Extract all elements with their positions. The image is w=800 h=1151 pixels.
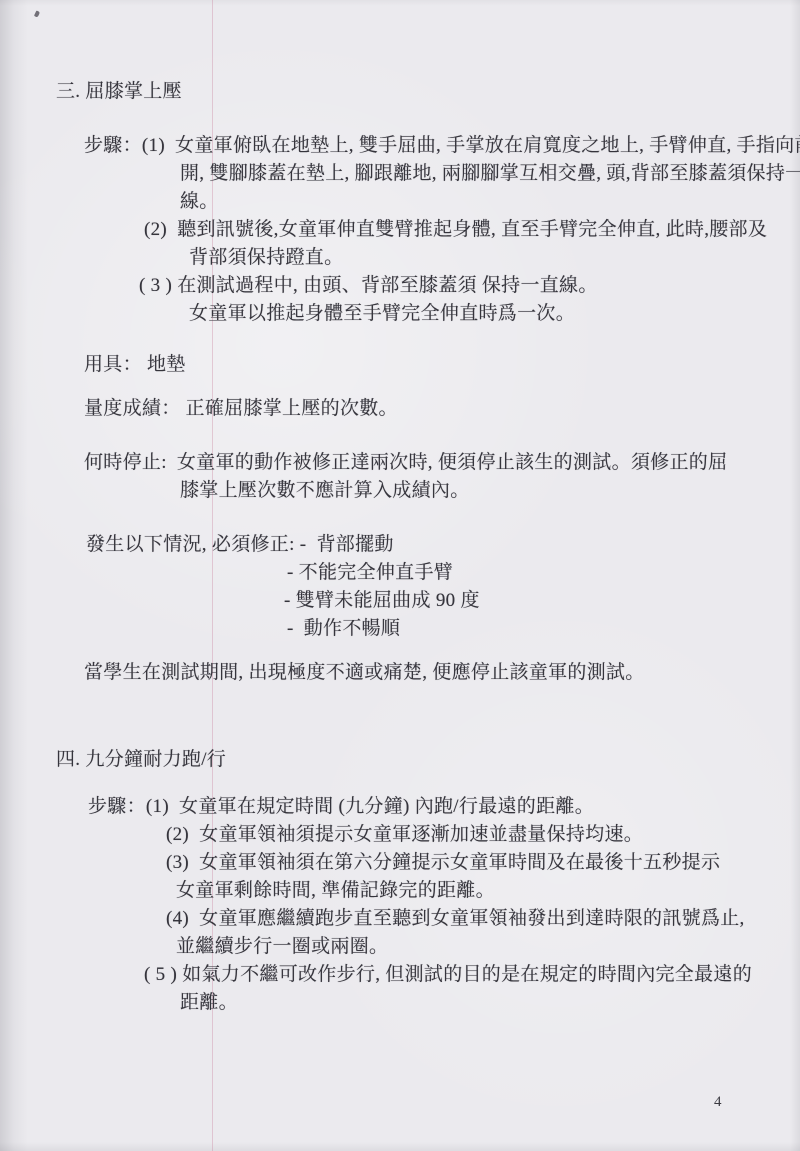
pushups-correction-item2: - 不能完全伸直手臂 [287,560,453,586]
endurance-step5-line1: ( 5 ) 如氣力不繼可改作步行, 但測試的目的是在規定的時間內完全最遠的 [144,962,752,988]
pushups-step3-line2: 女童軍以推起身體至手臂完全伸直時爲一次。 [189,301,575,327]
endurance-step2: (2) 女童軍領袖須提示女童軍逐漸加速並盡量保持均速。 [166,822,643,848]
pushups-correction-item3: - 雙臂未能屈曲成 90 度 [284,588,480,614]
pushups-step2-line2: 背部須保持蹬直。 [189,245,343,271]
endurance-step5-line2: 距離。 [180,990,238,1016]
pushups-stop-line2: 膝掌上壓次數不應計算入成績內。 [180,478,470,504]
ink-speck [34,10,40,17]
scanned-document-page: 三. 屈膝掌上壓 步驟：(1) 女童軍俯臥在地墊上, 雙手屈曲, 手掌放在肩寬度… [0,0,800,1151]
endurance-step4-line1: (4) 女童軍應繼續跑步直至聽到女童軍領袖發出到達時限的訊號爲止, [166,906,745,932]
page-number: 4 [714,1094,722,1111]
section-pushups-title: 三. 屈膝掌上壓 [56,79,182,105]
pushups-corrections-intro: 發生以下情況, 必須修正: - 背部擺動 [86,532,394,558]
pushups-scoring: 量度成績： 正確屈膝掌上壓的次數。 [84,396,398,422]
pushups-stop-line1: 何時停止: 女童軍的動作被修正達兩次時, 便須停止該生的測試。須修正的屈 [84,450,727,476]
pushups-correction-item4: - 動作不暢順 [287,616,400,642]
endurance-step3-line1: (3) 女童軍領袖須在第六分鐘提示女童軍時間及在最後十五秒提示 [166,850,720,876]
endurance-step1: 步驟：(1) 女童軍在規定時間 (九分鐘) 內跑/行最遠的距離。 [88,794,594,820]
pushups-equipment: 用具： 地墊 [84,352,186,378]
pushups-step1-line1: 步驟：(1) 女童軍俯臥在地墊上, 雙手屈曲, 手掌放在肩寬度之地上, 手臂伸直… [84,133,800,159]
pushups-abort-note: 當學生在測試期間, 出現極度不適或痛楚, 便應停止該童軍的測試。 [84,660,645,686]
pushups-step3-line1: ( 3 ) 在測試過程中, 由頭、背部至膝蓋須 保持一直線。 [139,273,598,299]
pushups-step1-line3: 線。 [180,189,219,215]
pushups-step1-line2: 開, 雙腳膝蓋在墊上, 腳跟離地, 兩腳腳掌互相交疊, 頭,背部至膝蓋須保持一直 [180,161,800,187]
section-endurance-title: 四. 九分鐘耐力跑/行 [56,747,226,773]
endurance-step3-line2: 女童軍剩餘時間, 準備記錄完的距離。 [176,878,495,904]
pushups-step2-line1: (2) 聽到訊號後,女童軍伸直雙臂推起身體, 直至手臂完全伸直, 此時,腰部及 [144,217,767,243]
endurance-step4-line2: 並繼續步行一圈或兩圈。 [176,934,388,960]
